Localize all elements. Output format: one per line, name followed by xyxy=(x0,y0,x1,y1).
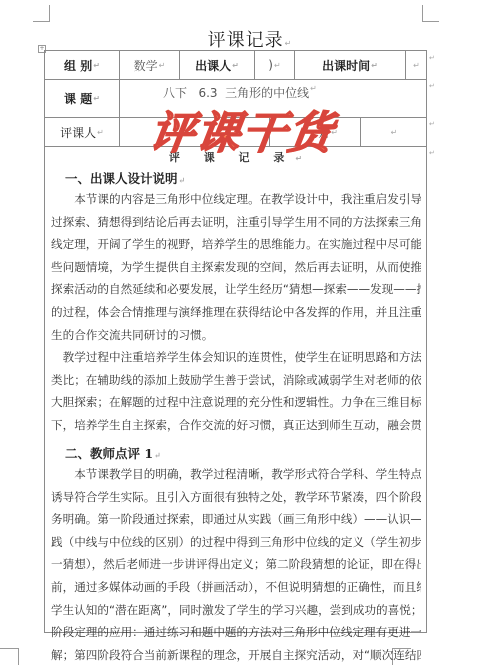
end-of-row-mark: ↵ xyxy=(429,82,435,90)
section-1-paragraph-2: 教学过程中注重培养学生体会知识的连贯性，使学生在证明思路和方法上学会 类比；在辅… xyxy=(51,346,421,436)
time-label-cell: 出课时间↵ xyxy=(295,51,406,79)
presenter-value-cell[interactable]: )↵ xyxy=(255,51,295,79)
topic-label-cell: 课 题↵ xyxy=(45,80,120,117)
end-of-row-mark: ↵ xyxy=(429,149,435,157)
section-1-heading: 一、出课人设计说明↵ xyxy=(65,169,185,187)
section-2-paragraph: 本节课教学目的明确，教学过程清晰，教学形式符合学科、学生特点，启发 诱导符合学生… xyxy=(51,463,421,666)
end-of-row-mark: ↵ xyxy=(429,120,435,128)
end-of-row-mark: ↵ xyxy=(429,54,435,62)
time-value-cell[interactable]: ↵ xyxy=(406,51,426,79)
review-content-cell[interactable]: 评 课 记 录↵ 一、出课人设计说明↵ 本节课的内容是三角形中位线定理。在教学设… xyxy=(45,147,426,633)
reviewer-label-cell: 评课人↵ xyxy=(45,118,120,146)
date-value-cell[interactable]: ↵ xyxy=(361,118,426,146)
page-corner-mark-top-left xyxy=(33,5,50,22)
section-2-heading: 二、教师点评 1↵ xyxy=(65,444,161,462)
section-1-paragraph-1: 本节课的内容是三角形中位线定理。在教学设计中，我注重启发引导学生经 过探索、猜想… xyxy=(51,188,421,346)
group-label-cell: 组 别↵ xyxy=(45,51,120,79)
group-value-cell[interactable]: 数学↵ xyxy=(120,51,180,79)
presenter-label-cell: 出课人↵ xyxy=(180,51,255,79)
watermark-overlay-title: 评课干货 xyxy=(146,106,354,162)
table-row-info: 组 别↵ 数学↵ 出课人↵ )↵ 出课时间↵ ↵ xyxy=(45,51,426,80)
document-title: 评课记录↵ xyxy=(0,26,500,52)
page-corner-mark-top-right xyxy=(422,5,439,22)
page-corner-mark-bottom-left xyxy=(0,648,19,665)
